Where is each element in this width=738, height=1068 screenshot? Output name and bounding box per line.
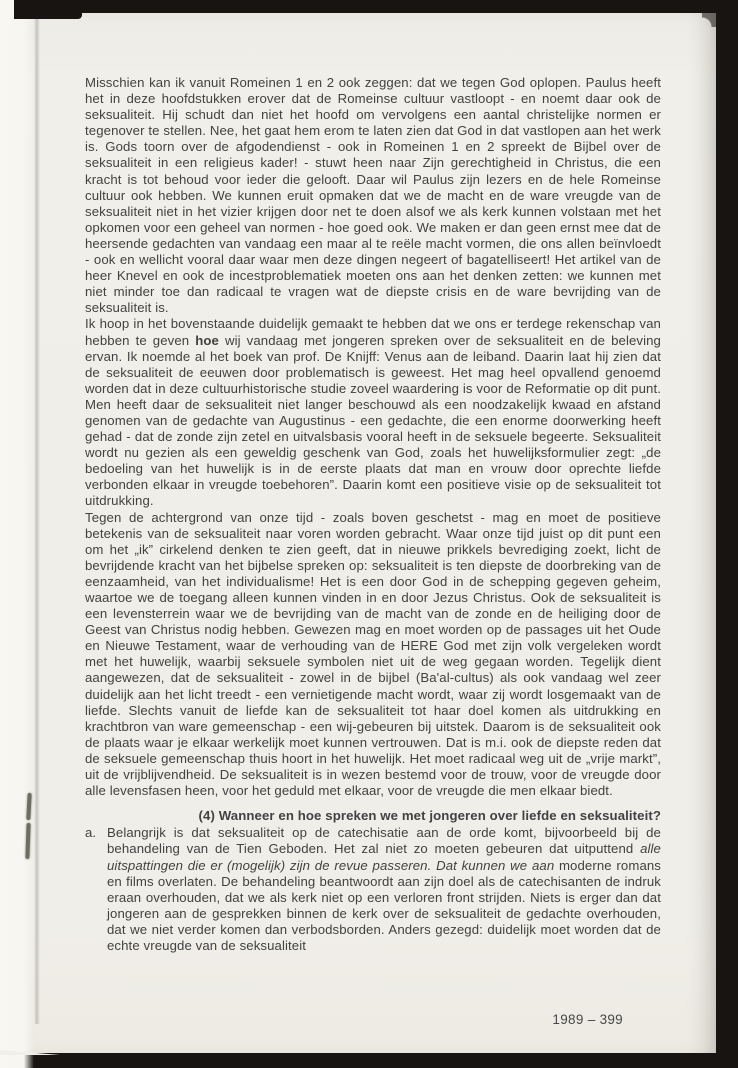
paragraph-hoop-end: wij vandaag met jongeren spreken over de… <box>85 333 661 509</box>
list-item-a: a. Belangrijk is dat seksualiteit op de … <box>85 825 661 954</box>
page-bottom-corner <box>0 1050 60 1055</box>
page-binding-crease <box>34 14 40 1024</box>
scanned-page-photo: Misschien kan ik vanuit Romeinen 1 en 2 … <box>0 0 738 1068</box>
page-corner-curl <box>702 13 716 27</box>
section-heading-4: (4) Wanneer en hoe spreken we met jonger… <box>85 808 661 824</box>
photo-top-border-notch <box>14 0 82 19</box>
body-text-column: Misschien kan ik vanuit Romeinen 1 en 2 … <box>85 75 661 954</box>
list-item-a-text-start: Belangrijk is dat seksualiteit op de cat… <box>107 825 661 856</box>
paragraph-hoop: Ik hoop in het bovenstaande duidelijk ge… <box>85 316 661 509</box>
paragraph-achtergrond: Tegen de achtergrond van onze tijd - zoa… <box>85 510 661 800</box>
list-item-a-text: Belangrijk is dat seksualiteit op de cat… <box>107 825 661 954</box>
page-number: 1989 – 399 <box>85 1012 661 1027</box>
emphasized-word-hoe: hoe <box>195 333 219 348</box>
list-item-a-marker: a. <box>85 825 107 954</box>
photo-top-border <box>14 0 738 13</box>
paragraph-romans: Misschien kan ik vanuit Romeinen 1 en 2 … <box>85 75 661 316</box>
page-left-edge <box>0 0 34 1068</box>
